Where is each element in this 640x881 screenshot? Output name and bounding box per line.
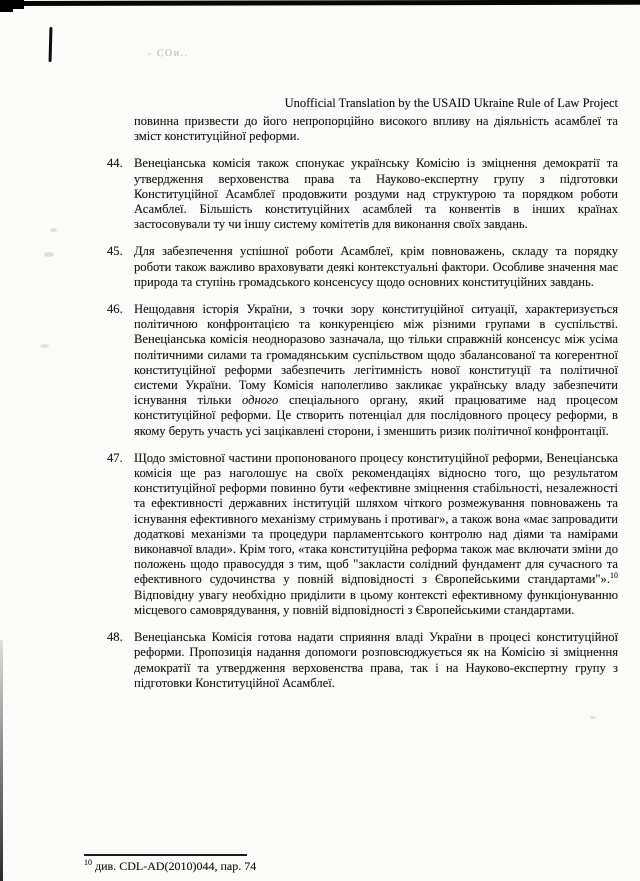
paragraph-number: 48. bbox=[107, 630, 123, 645]
paragraph-text: Для забезпечення успішної роботи Асамбле… bbox=[134, 244, 618, 290]
scan-artifact-top-band bbox=[23, 0, 640, 6]
scan-artifact-corner-tail bbox=[0, 9, 13, 12]
paragraph-text-segment: Нещодавня історія України, з точки зору … bbox=[134, 302, 618, 407]
footnote-reference: 10 bbox=[610, 571, 618, 580]
paragraph-text: Венеціанська комісія також спонукає укра… bbox=[134, 156, 618, 232]
paragraph-text: Венеціанська Комісія готова надати сприя… bbox=[134, 630, 618, 691]
footnote-marker: 10 bbox=[84, 858, 92, 867]
scan-artifact-pen-mark bbox=[49, 27, 53, 62]
scan-artifact-bleed-text: - СОи.. bbox=[148, 48, 189, 60]
paragraph-text: Нещодавня історія України, з точки зору … bbox=[134, 302, 618, 439]
paragraph-text-segment: Щодо змістовної частини пропонованого пр… bbox=[134, 451, 618, 587]
scan-artifact-speck bbox=[50, 228, 57, 232]
paragraph-number: 47. bbox=[107, 451, 123, 466]
continuation-paragraph: повинна призвести до його непропорційно … bbox=[134, 114, 618, 144]
paragraph-text: Щодо змістовної частини пропонованого пр… bbox=[134, 451, 618, 618]
footnote: 10 див. CDL-AD(2010)044, пар. 74 bbox=[84, 854, 384, 874]
translation-attribution-header: Unofficial Translation by the USAID Ukra… bbox=[0, 96, 618, 111]
paragraph-48: 48. Венеціанська Комісія готова надати с… bbox=[134, 630, 618, 691]
footnote-text: 10 див. CDL-AD(2010)044, пар. 74 bbox=[84, 859, 384, 874]
scan-artifact-speck bbox=[40, 344, 49, 348]
scan-artifact-speck bbox=[44, 252, 54, 257]
footnote-citation: див. CDL-AD(2010)044, пар. 74 bbox=[95, 859, 256, 873]
paragraph-47: 47. Щодо змістовної частини пропонованог… bbox=[134, 451, 618, 618]
scan-artifact-left-edge bbox=[0, 640, 3, 881]
scan-artifact-speck bbox=[590, 716, 596, 719]
paragraph-text-segment: Відповідну увагу необхідно приділити в ц… bbox=[134, 588, 618, 617]
paragraph-45: 45. Для забезпечення успішної роботи Аса… bbox=[134, 244, 618, 290]
paragraph-number: 45. bbox=[107, 244, 123, 259]
paragraph-44: 44. Венеціанська комісія також спонукає … bbox=[134, 156, 618, 232]
paragraph-number: 46. bbox=[107, 302, 123, 317]
paragraph-number: 44. bbox=[107, 156, 123, 171]
emphasized-word: одного bbox=[242, 393, 278, 407]
paragraph-46: 46. Нещодавня історія України, з точки з… bbox=[134, 302, 618, 439]
scan-artifact-corner-block bbox=[0, 0, 24, 9]
footnote-separator-rule bbox=[84, 854, 247, 856]
scanned-document-page: - СОи.. Unofficial Translation by the US… bbox=[0, 0, 640, 881]
document-body: повинна призвести до його непропорційно … bbox=[134, 114, 618, 691]
